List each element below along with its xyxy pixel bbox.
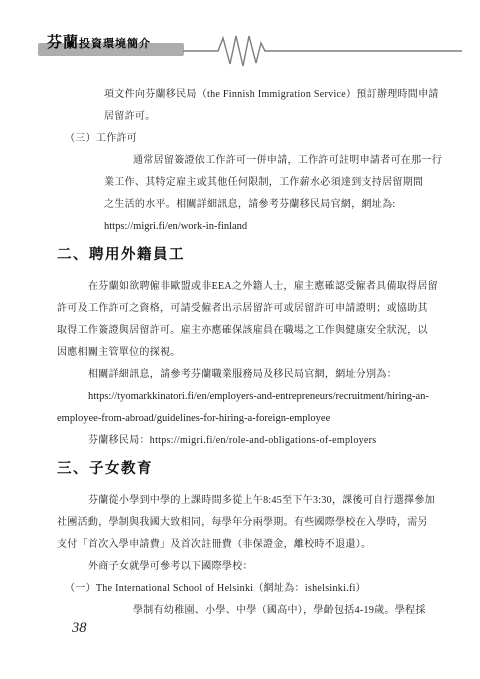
text-line: 之生活的水平。相關詳細訊息，請參考芬蘭移民局官網，網址為: [104,194,429,216]
page-number: 38 [72,620,87,637]
header-title: 芬蘭投資環境簡介 [47,31,151,52]
text-line: 項文件向芬蘭移民局（the Finnish Immigration Servic… [104,84,429,106]
text-line: 芬蘭從小學到中學的上課時間多從上午8:45至下午3:30，課後可自行選擇參加 [88,490,429,512]
text-line: 取得工作簽證與居留許可。雇主亦應確保該雇員在職場之工作與健康安全狀況，以 [57,320,429,342]
section-heading-employment: 二、聘用外籍員工 [57,244,429,266]
header-title-main: 芬蘭 [47,34,79,51]
text-line: 通常居留簽證依工作許可一併申請，工作許可註明申請者可在那一行 [133,150,429,172]
text-line: 相關詳細訊息，請參考芬蘭職業服務局及移民局官網，網址分別為： [88,364,429,386]
text-line: 社團活動，學制與我國大致相同，每學年分兩學期。有些國際學校在入學時，需另 [57,512,429,534]
text-line: 學制有幼稚園、小學、中學（國高中），學齡包括4-19歲。學程採 [133,600,429,622]
page-header: 芬蘭投資環境簡介 [0,0,480,70]
url-text: 芬蘭移民局：https://migri.fi/en/role-and-oblig… [88,430,429,452]
text-line: 支付「首次入學申請費」及首次註冊費（非保證金，離校時不退還）。 [57,534,429,556]
url-text: employee-from-abroad/guidelines-for-hiri… [57,408,429,430]
url-text: https://migri.fi/en/work-in-finland [104,216,429,238]
text-line: 居留許可。 [104,106,429,128]
header-title-sub: 投資環境簡介 [79,38,151,50]
text-line: 業工作、其特定雇主或其他任何限制，工作薪水必須達到支持居留期間 [104,172,429,194]
url-text: https://tyomarkkinatori.fi/en/employers-… [88,386,429,408]
text-line: 許可及工作許可之資格，可請受僱者出示居留許可或居留許可申請證明；或協助其 [57,298,429,320]
text-line: 外商子女就學可參考以下國際學校： [88,556,429,578]
text-line: 在芬蘭如欲聘僱非歐盟或非EEA之外籍人士，雇主應確認受僱者具備取得居留 [88,276,429,298]
document-body: 項文件向芬蘭移民局（the Finnish Immigration Servic… [57,84,429,622]
text-line: 因應相關主管單位的探視。 [57,342,429,364]
list-item-international-school: （一）The International School of Helsinki（… [65,578,429,600]
list-item-work-permit: （三）工作許可 [65,128,429,150]
section-heading-education: 三、子女教育 [57,458,429,480]
heartbeat-zigzag-icon [175,30,465,72]
document-page: 芬蘭投資環境簡介 項文件向芬蘭移民局（the Finnish Immigrati… [0,0,480,679]
